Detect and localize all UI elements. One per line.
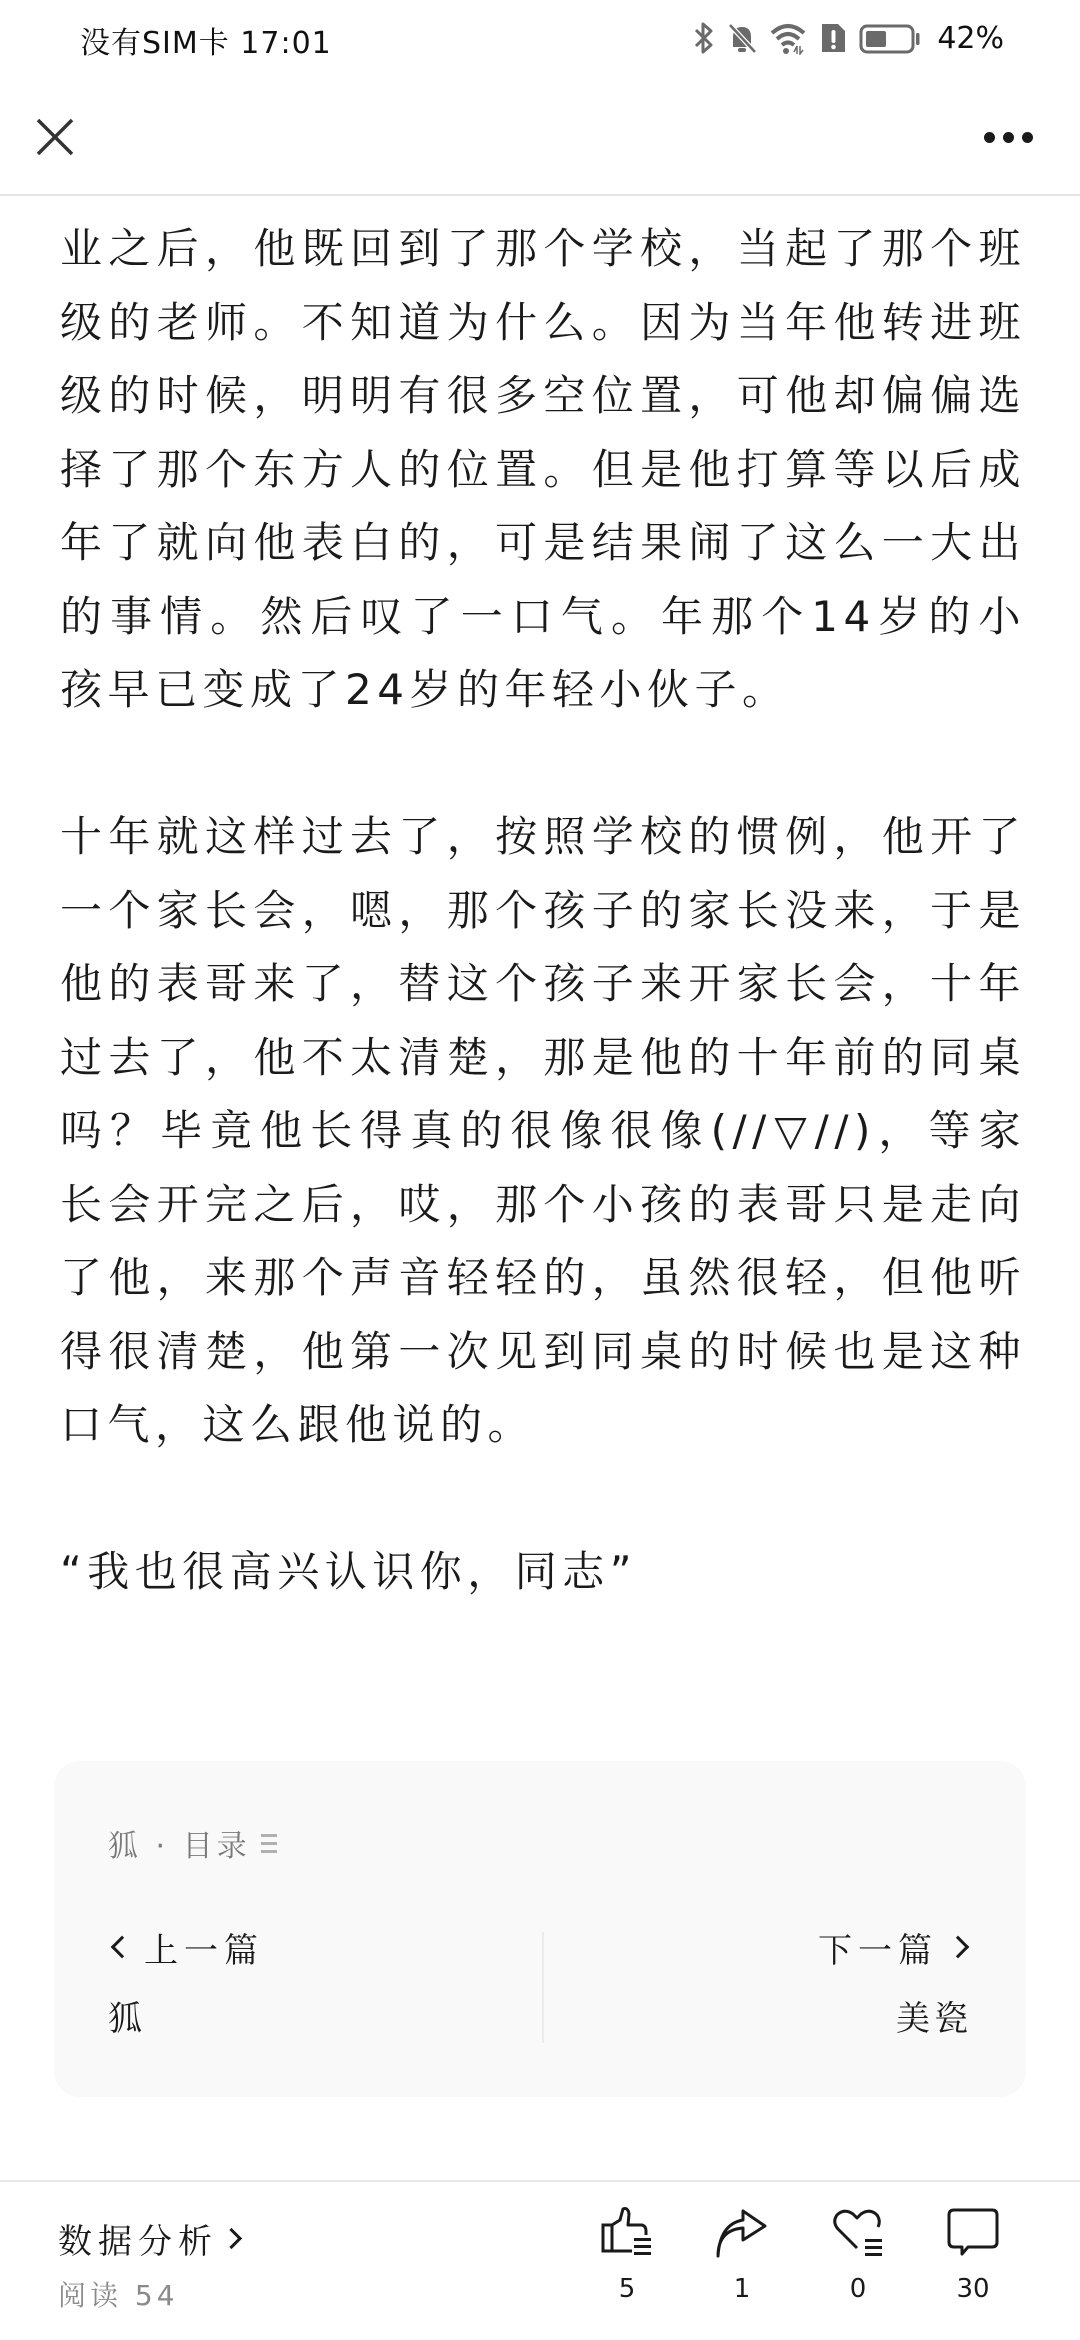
- data-analysis-link[interactable]: 数据分析: [58, 2214, 245, 2263]
- list-icon: [261, 1834, 277, 1853]
- article-paragraph: 十年就这样过去了，按照学校的惯例，他开了一个家长会，嗯，那个孩子的家长没来，于是…: [60, 800, 1026, 1462]
- top-toolbar: [0, 76, 1080, 196]
- status-bar: 没有SIM卡 17:01 42%: [0, 0, 1080, 76]
- bell-off-icon: [727, 21, 757, 55]
- toc-label: 狐 · 目录: [108, 1821, 251, 1865]
- share-count: 1: [734, 2274, 751, 2304]
- previous-chapter-link[interactable]: 上一篇 狐: [108, 1921, 528, 2051]
- favorite-button[interactable]: 0: [813, 2206, 903, 2326]
- bluetooth-icon: [693, 21, 715, 55]
- table-of-contents-link[interactable]: 狐 · 目录: [108, 1821, 277, 1865]
- close-button[interactable]: [30, 112, 80, 162]
- prev-label: 上一篇: [144, 1923, 264, 1972]
- close-icon: [35, 117, 75, 157]
- share-button[interactable]: 1: [697, 2206, 787, 2326]
- more-button[interactable]: [976, 118, 1040, 156]
- thumbs-up-icon: [600, 2206, 654, 2260]
- favorite-count: 0: [850, 2274, 867, 2304]
- more-dot-icon: [1003, 132, 1014, 143]
- comment-button[interactable]: 30: [928, 2206, 1018, 2326]
- chevron-left-icon: [111, 1936, 134, 1959]
- article-paragraph: 业之后，他既回到了那个学校，当起了那个班级的老师。不知道为什么。因为当年他转进班…: [60, 212, 1026, 727]
- status-icons: 42%: [693, 20, 1004, 56]
- wifi-icon: [769, 21, 807, 55]
- read-count: 阅读 54: [58, 2274, 179, 2314]
- comment-count: 30: [956, 2274, 989, 2304]
- article-paragraph: “我也很高兴认识你，同志”: [60, 1535, 1026, 1609]
- heart-icon: [831, 2206, 885, 2260]
- sim-alert-icon: [819, 21, 847, 55]
- battery-icon: [859, 21, 921, 55]
- comment-icon: [946, 2206, 1000, 2260]
- next-chapter-link[interactable]: 下一篇 美瓷: [552, 1921, 972, 2051]
- more-dot-icon: [1022, 132, 1033, 143]
- chevron-right-icon: [221, 2228, 242, 2249]
- battery-percent: 42%: [937, 21, 1004, 56]
- stats-label: 数据分析: [58, 2214, 218, 2263]
- carrier-time: 没有SIM卡 17:01: [80, 18, 332, 62]
- more-dot-icon: [984, 132, 995, 143]
- chapter-nav-card: 狐 · 目录 上一篇 狐 下一篇 美瓷: [54, 1761, 1026, 2097]
- share-icon: [715, 2206, 769, 2260]
- prev-title: 狐: [108, 1991, 528, 2040]
- next-title: 美瓷: [552, 1991, 972, 2040]
- next-label: 下一篇: [818, 1923, 938, 1972]
- nav-divider: [542, 1932, 544, 2043]
- like-button[interactable]: 5: [582, 2206, 672, 2326]
- like-count: 5: [619, 2274, 636, 2304]
- bottom-action-bar: 数据分析 阅读 54 5 1 0 30: [0, 2180, 1080, 2340]
- article-body: 业之后，他既回到了那个学校，当起了那个班级的老师。不知道为什么。因为当年他转进班…: [60, 212, 1026, 1609]
- chevron-right-icon: [947, 1936, 970, 1959]
